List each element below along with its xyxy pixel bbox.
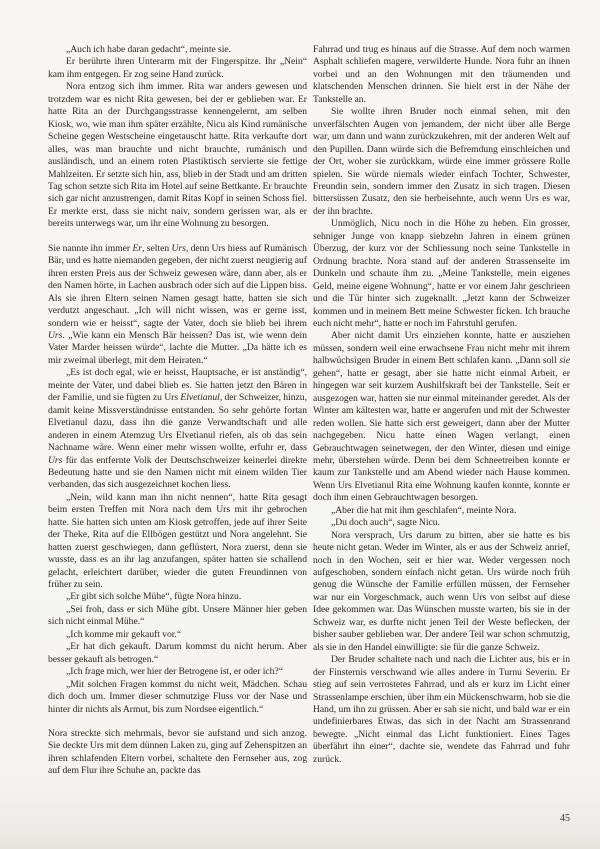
paragraph: „Er hat dich gekauft. Darum kommst du ni… xyxy=(48,641,307,666)
paragraph: Sie nannte ihn immer Er, selten Urs, den… xyxy=(48,243,307,368)
book-page: „Auch ich habe daran gedacht“, meinte si… xyxy=(0,0,600,849)
paragraph: „Mit solchen Fragen kommst du nicht weit… xyxy=(48,679,307,716)
paragraph: Nora versprach, Urs darum zu bitten, abe… xyxy=(313,530,570,655)
paragraph: „Aber die hat mit ihm geschlafen“, meint… xyxy=(313,505,570,517)
paragraph: Fahrrad und trug es hinaus auf die Stras… xyxy=(313,44,570,106)
paragraph: Der Bruder schaltete nach und nach die L… xyxy=(313,654,570,766)
paragraph: „Ich frage mich, wer hier der Betrogene … xyxy=(48,666,307,678)
page-number: 45 xyxy=(313,813,570,824)
paragraph: Aber nicht damit Urs einziehen konnte, h… xyxy=(313,330,570,504)
paragraph: „Sei froh, dass er sich Mühe gibt. Unser… xyxy=(48,604,307,629)
paragraph: Unmöglich, Nicu noch in die Höhe zu hebe… xyxy=(313,218,570,330)
text-column-right: Fahrrad und trug es hinaus auf die Stras… xyxy=(313,44,570,766)
paragraph: Sie wollte ihren Bruder noch einmal sehe… xyxy=(313,106,570,218)
paragraph: Er berührte ihren Unterarm mit der Finge… xyxy=(48,56,307,81)
paragraph: „Es ist doch egal, wie er heisst, Haupts… xyxy=(48,367,307,492)
paragraph: „Auch ich habe daran gedacht“, meinte si… xyxy=(48,44,307,56)
text-column-left: „Auch ich habe daran gedacht“, meinte si… xyxy=(48,44,307,778)
paragraph: Nora streckte sich mehrmals, bevor sie a… xyxy=(48,728,307,778)
paragraph: „Nein, wild kann man ihn nicht nennen“, … xyxy=(48,492,307,592)
paragraph: „Er gibt sich solche Mühe“, fügte Nora h… xyxy=(48,591,307,603)
paragraph: „Ich komme mir gekauft vor.“ xyxy=(48,629,307,641)
paragraph: „Du doch auch“, sagte Nicu. xyxy=(313,517,570,529)
paragraph: Nora entzog sich ihm immer. Rita war and… xyxy=(48,81,307,230)
